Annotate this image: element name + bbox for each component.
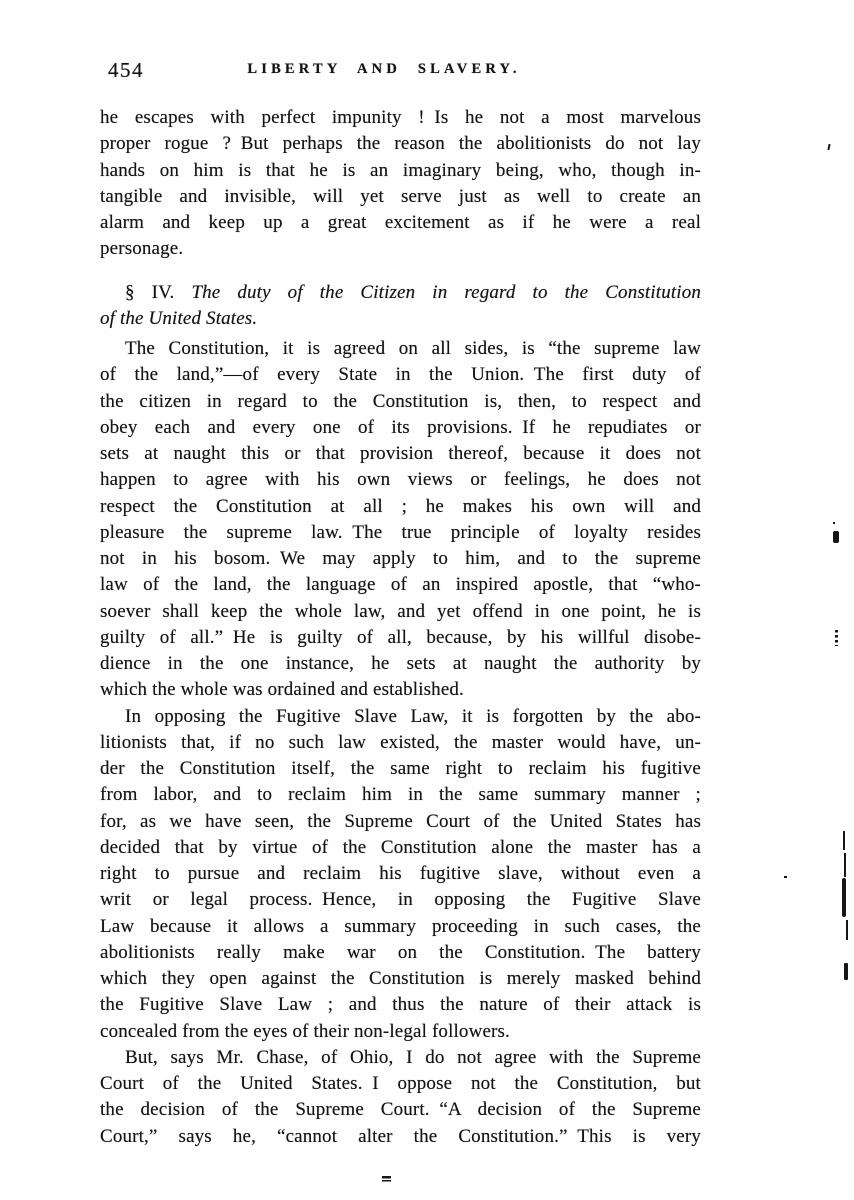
text-line: the decision of the Supreme Court. “A de… xyxy=(100,1097,701,1123)
scan-artifact-dotted-mark xyxy=(835,630,838,646)
paragraph: But, says Mr. Chase, of Ohio, I do not a… xyxy=(100,1045,701,1150)
text-line: right to pursue and reclaim his fugitive… xyxy=(100,861,701,887)
text-line: Court of the United States. I oppose not… xyxy=(100,1071,701,1097)
paragraph: In opposing the Fugitive Slave Law, it i… xyxy=(100,704,701,1045)
text-line: soever shall keep the whole law, and yet… xyxy=(100,599,701,625)
paragraph: The Constitution, it is agreed on all si… xyxy=(100,336,701,704)
page-number: 454 xyxy=(108,58,144,83)
scan-artifact-edge-streak xyxy=(843,831,845,850)
text-line: he escapes with perfect impunity ! Is he… xyxy=(100,105,701,131)
text-line: pleasure the supreme law. The true princ… xyxy=(100,520,701,546)
text-line: hands on him is that he is an imaginary … xyxy=(100,158,701,184)
text-line: guilty of all.” He is guilty of all, bec… xyxy=(100,625,701,651)
paragraph-continuation: he escapes with perfect impunity ! Is he… xyxy=(100,105,701,263)
running-title: LIBERTY AND SLAVERY. xyxy=(247,61,520,78)
text-line: sets at naught this or that provision th… xyxy=(100,441,701,467)
text-line: dience in the one instance, he sets at n… xyxy=(100,651,701,677)
scan-artifact-edge-streak xyxy=(844,963,848,980)
text-line: personage. xyxy=(100,236,701,262)
text-line: writ or legal process. Hence, in opposin… xyxy=(100,887,701,913)
text-line: In opposing the Fugitive Slave Law, it i… xyxy=(100,704,701,730)
text-line: alarm and keep up a great excitement as … xyxy=(100,210,701,236)
text-line: proper rogue ? But perhaps the reason th… xyxy=(100,131,701,157)
scan-artifact-edge-streak xyxy=(842,878,846,917)
text-column: he escapes with perfect impunity ! Is he… xyxy=(100,105,701,1150)
text-line: Court,” says he, “cannot alter the Const… xyxy=(100,1124,701,1150)
text-line: respect the Constitution at all ; he mak… xyxy=(100,494,701,520)
section-heading: § IV. The duty of the Citizen in regard … xyxy=(100,280,701,333)
text-line: from labor, and to reclaim him in the sa… xyxy=(100,782,701,808)
text-line: The Constitution, it is agreed on all si… xyxy=(100,336,701,362)
section-title-text: The duty of the Citizen in regard to the… xyxy=(191,282,701,303)
scan-artifact-blob xyxy=(833,531,839,543)
scan-artifact-speck xyxy=(827,144,830,150)
book-page: 454 LIBERTY AND SLAVERY. he escapes with… xyxy=(0,0,854,1200)
text-line: the Fugitive Slave Law ; and thus the na… xyxy=(100,992,701,1018)
section-heading-line: § IV. The duty of the Citizen in regard … xyxy=(100,280,701,306)
text-line: not in his bosom. We may apply to him, a… xyxy=(100,546,701,572)
text-line: happen to agree with his own views or fe… xyxy=(100,467,701,493)
text-line: the citizen in regard to the Constitutio… xyxy=(100,389,701,415)
text-line: for, as we have seen, the Supreme Court … xyxy=(100,809,701,835)
text-line: of the land,”—of every State in the Unio… xyxy=(100,362,701,388)
text-line: Law because it allows a summary proceedi… xyxy=(100,914,701,940)
scan-artifact-edge-streak xyxy=(846,920,848,940)
scan-artifact-dot xyxy=(833,522,835,524)
section-marker: § IV. xyxy=(125,282,174,303)
scan-artifact-dot xyxy=(784,876,787,878)
text-line: which the whole was ordained and establi… xyxy=(100,677,701,703)
text-line: tangible and invisible, will yet serve j… xyxy=(100,184,701,210)
text-line: abolitionists really make war on the Con… xyxy=(100,940,701,966)
text-line: concealed from the eyes of their non-leg… xyxy=(100,1019,701,1045)
text-line: litionists that, if no such law existed,… xyxy=(100,730,701,756)
text-line: which they open against the Constitution… xyxy=(100,966,701,992)
text-line: der the Constitution itself, the same ri… xyxy=(100,756,701,782)
scan-artifact-edge-streak xyxy=(844,853,846,877)
text-line: law of the land, the language of an insp… xyxy=(100,572,701,598)
scan-artifact-footer-mark xyxy=(382,1176,391,1182)
text-line: obey each and every one of its provision… xyxy=(100,415,701,441)
text-line: decided that by virtue of the Constituti… xyxy=(100,835,701,861)
text-line: But, says Mr. Chase, of Ohio, I do not a… xyxy=(100,1045,701,1071)
section-heading-line: of the United States. xyxy=(100,306,701,332)
